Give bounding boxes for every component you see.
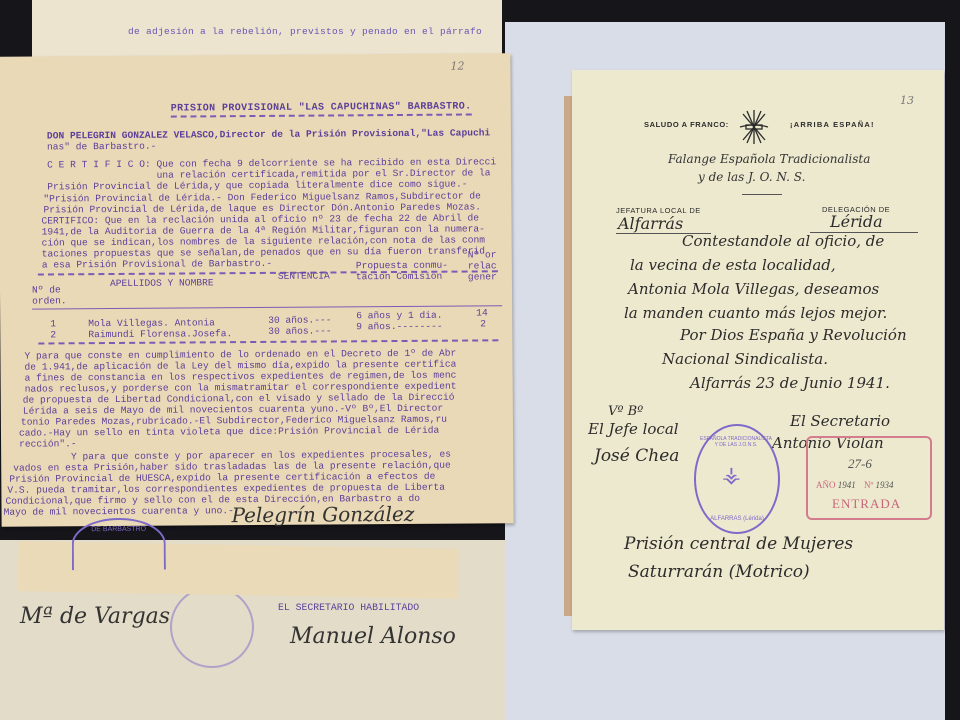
vobo: Vº Bº (608, 404, 643, 419)
left-document: 12 PRISION PROVISIONAL "LAS CAPUCHINAS" … (0, 53, 514, 527)
letter-line: Nacional Sindicalista. (662, 350, 828, 368)
row-proposal: 9 años.-------- (356, 321, 442, 333)
stamp-text: DE BARBASTRO (91, 526, 146, 533)
destination-note-line1: Prisión central de Mujeres (624, 534, 853, 554)
barbastro-stamp: DE BARBASTRO (72, 518, 166, 571)
stamp-number: 1934 (876, 480, 894, 490)
faded-violet-stamp (170, 586, 254, 668)
stamp-text-bottom: ALFARRAS (Lérida) (704, 516, 770, 522)
jefe-label: El Jefe local (588, 420, 679, 438)
header-relation: Nº or relac gener (468, 249, 497, 282)
page-number-left: 12 (450, 60, 464, 73)
body-line: Mayo de mil novecientos cuarenta y uno.- (4, 505, 234, 518)
certifico-line: a esa Prisión Provisional de Barbastro.- (42, 258, 272, 271)
row-relation: 14 (476, 307, 488, 318)
destination-note-line2: Saturrarán (Motrico) (628, 562, 810, 582)
org-name-line1: Falange Española Tradicionalista (668, 152, 870, 166)
divider (38, 339, 498, 344)
stamp-text-top: ESPAÑOLA TRADICIONALISTA Y DE LAS J.O.N.… (700, 436, 772, 448)
row-sentence: 30 años.--- (268, 314, 331, 325)
row-name: Raimundi Florensa.Josefa. (88, 328, 232, 340)
director-signature: Pelegrín González (231, 502, 414, 527)
secretario-label: El Secretario (790, 412, 890, 430)
row-sentence: 30 años.--- (268, 325, 331, 336)
stamp-entrada-label: ENTRADA (832, 496, 901, 512)
header-name: APELLIDOS Y NOMBRE (110, 277, 214, 289)
back-document-line: de adjesión a la rebelión, previstos y p… (128, 26, 482, 37)
entrada-registry-stamp: 27-6 AÑO 1941 Nº 1934 ENTRADA (806, 436, 932, 520)
jefe-signature: José Chea (594, 446, 679, 466)
stamp-year: 1941 (838, 480, 856, 490)
row-order: 1 (50, 318, 56, 329)
row-proposal: 6 años y 1 dia. (356, 310, 442, 322)
row-relation: 2 (480, 318, 486, 329)
row-name: Mola Villegas. Antonia (88, 317, 215, 329)
back-document: de adjesión a la rebelión, previstos y p… (32, 0, 502, 60)
header-right: ¡ARRIBA ESPAÑA! (790, 120, 875, 129)
intro-line-1: DON PELEGRIN GONZALEZ VELASCO,Director d… (47, 127, 490, 142)
header-order: Nº de orden. (32, 284, 67, 306)
letter-line: la manden cuanto más lejos mejor. (624, 304, 887, 322)
letter-line: Antonia Mola Villegas, deseamos (628, 280, 879, 298)
body-line: rección".- (19, 438, 77, 450)
intro-line-2: nas" de Barbastro.- (47, 141, 156, 153)
letter-line: Contestandole al oficio, de (682, 232, 884, 250)
header-left: SALUDO A FRANCO: (644, 120, 729, 129)
row-order: 2 (50, 329, 56, 340)
signature-right: Manuel Alonso (290, 624, 456, 649)
signature-left: Mª de Vargas (20, 604, 170, 629)
org-name-line2: y de las J. O. N. S. (698, 170, 805, 184)
body-line: cado.-Hay un sello en tinta violeta que … (19, 425, 439, 439)
document-title: PRISION PROVISIONAL "LAS CAPUCHINAS" BAR… (171, 101, 472, 117)
secretary-label: EL SECRETARIO HABILITADO (278, 602, 419, 613)
yoke-and-arrows-icon (737, 108, 771, 146)
right-document: 13 SALUDO A FRANCO: ¡ARRIBA ESPAÑA! Fala… (572, 70, 944, 630)
page-number-right: 13 (900, 94, 914, 107)
header-sentence: SENTENCIA (278, 270, 330, 281)
letter-line: la vecina de esta localidad, (630, 256, 836, 274)
yoke-and-arrows-icon: ⚶ (722, 464, 741, 486)
value-jefatura: Alfarrás (618, 214, 683, 233)
value-delegacion: Lérida (830, 212, 883, 231)
header-proposal: Propuesta conmu- tacion Comision (356, 260, 448, 283)
stamp-date: 27-6 (848, 456, 872, 472)
falange-alfarras-stamp: ESPAÑOLA TRADICIONALISTA Y DE LAS J.O.N.… (694, 424, 780, 534)
letter-line: Alfarrás 23 de Junio 1941. (690, 374, 890, 392)
prisoner-table: Nº de orden. APELLIDOS Y NOMBRE SENTENCI… (30, 275, 510, 278)
stamp-num-label: Nº (864, 480, 873, 490)
stamp-year-label: AÑO (816, 480, 836, 490)
letter-line: Por Dios España y Revolución (680, 326, 907, 344)
